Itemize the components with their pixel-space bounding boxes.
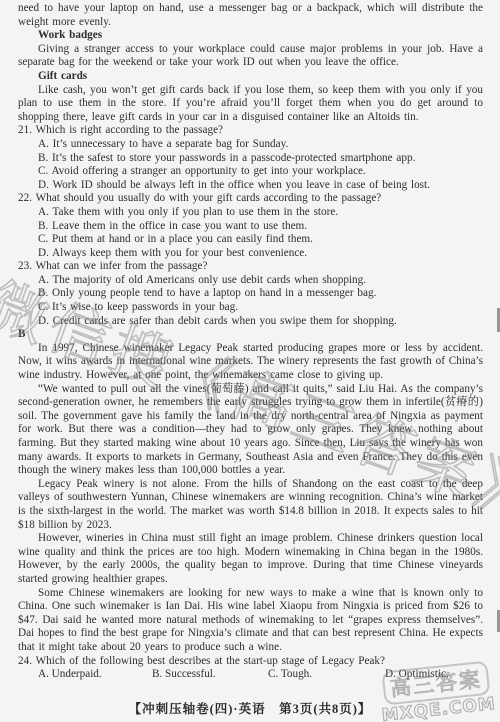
section-b-label: B xyxy=(18,328,483,342)
question-24-option-b: B. Successful. xyxy=(152,668,268,682)
passage-a-gift-cards-heading: Gift cards xyxy=(18,70,483,84)
question-23-option-a: A. The majority of old Americans only us… xyxy=(18,274,483,288)
question-24-option-a: A. Underpaid. xyxy=(38,668,152,682)
question-22-option-c: C. Put them at hand or in a place you ca… xyxy=(18,233,483,247)
question-22-stem: 22. What should you usually do with your… xyxy=(18,192,483,206)
passage-a-work-badges-paragraph: Giving a stranger access to your workpla… xyxy=(18,43,483,70)
question-23-option-d: D. Credit cards are safer than debit car… xyxy=(18,315,483,329)
question-22-option-a: A. Take them with you only if you plan t… xyxy=(18,206,483,220)
passage-a-continuation: need to have your laptop on hand, use a … xyxy=(18,2,483,29)
question-23-stem: 23. What can we infer from the passage? xyxy=(18,260,483,274)
question-24-stem: 24. Which of the following best describe… xyxy=(18,655,483,669)
section-b-paragraph-4: However, wineries in China must still fi… xyxy=(18,532,483,586)
question-23-option-b: B. Only young people tend to have a lapt… xyxy=(18,287,483,301)
section-b-paragraph-5: Some Chinese winemakers are looking for … xyxy=(18,587,483,655)
passage-a-gift-cards-paragraph: Like cash, you won’t get gift cards back… xyxy=(18,84,483,125)
page-footer: 【冲刺压轴卷(四)·英语 第3页(共8页)】 xyxy=(0,699,500,717)
section-b-paragraph-3: Legacy Peak winery is not alone. From th… xyxy=(18,478,483,532)
question-23-option-c: C. It’s wise to keep passwords in your b… xyxy=(18,301,483,315)
question-24-option-c: C. Tough. xyxy=(268,668,385,682)
question-21-option-b: B. It’s the safest to store your passwor… xyxy=(18,152,483,166)
section-b-paragraph-2: “We wanted to pull out all the vines(葡萄藤… xyxy=(18,383,483,478)
question-21-option-d: D. Work ID should be always left in the … xyxy=(18,179,483,193)
question-21-option-a: A. It’s unnecessary to have a separate b… xyxy=(18,138,483,152)
question-24-option-d: D. Optimistic. xyxy=(385,668,483,682)
passage-a-work-badges-heading: Work badges xyxy=(18,29,483,43)
question-21-stem: 21. Which is right according to the pass… xyxy=(18,124,483,138)
question-21-option-c: C. Avoid offering a stranger an opportun… xyxy=(18,165,483,179)
question-22-option-b: B. Leave them in the office in case you … xyxy=(18,220,483,234)
page-content: need to have your laptop on hand, use a … xyxy=(18,2,483,682)
exam-page-scan: 微信搜《高三答案》 need to have your laptop on ha… xyxy=(0,0,500,722)
question-24-options-row: A. Underpaid. B. Successful. C. Tough. D… xyxy=(18,668,483,682)
question-22-option-d: D. Always keep them with you for your be… xyxy=(18,247,483,261)
section-b-paragraph-1: In 1997, Chinese winemaker Legacy Peak s… xyxy=(18,342,483,383)
